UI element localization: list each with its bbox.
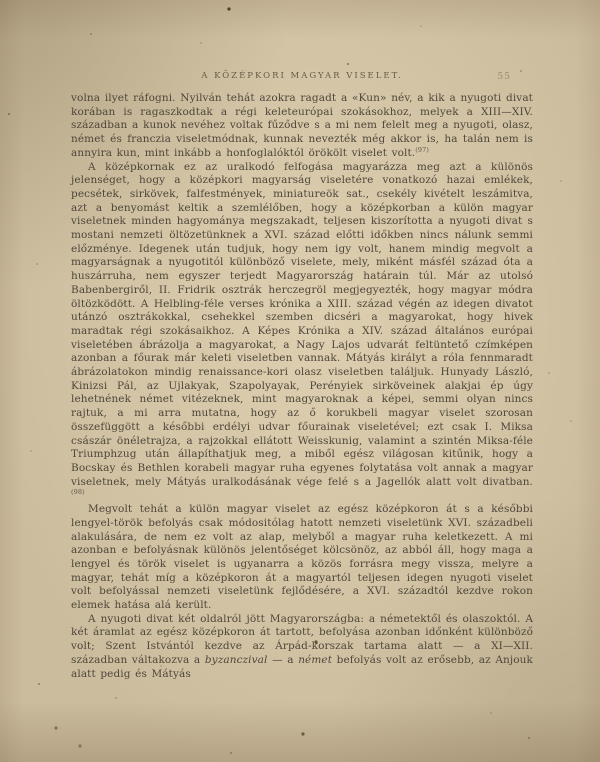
text-run: A középkornak ez az uralkodó felfogása m… (71, 161, 533, 488)
paragraph: A nyugoti divat két oldalról jött Magyar… (71, 613, 533, 682)
page-header: A KÖZÉPKORI MAGYAR VISELET. 55 (71, 71, 533, 85)
paragraph: Megvolt tehát a külön magyar viselet az … (71, 503, 533, 613)
paper-speckles (0, 0, 2, 2)
scanned-page: A KÖZÉPKORI MAGYAR VISELET. 55 volna ily… (0, 0, 600, 762)
page-number: 55 (498, 72, 511, 82)
text-run: német (298, 654, 332, 666)
text-run: Megvolt tehát a külön magyar viselet az … (71, 503, 533, 611)
text-run: volna ilyet ráfogni. Nyilván tehát azokr… (71, 92, 533, 159)
paragraph: volna ilyet ráfogni. Nyilván tehát azokr… (71, 92, 533, 161)
body-text: volna ilyet ráfogni. Nyilván tehát azokr… (71, 92, 533, 681)
paragraph: A középkornak ez az uralkodó felfogása m… (71, 161, 533, 504)
text-run: — a (268, 654, 299, 666)
footnote-marker: (97) (415, 146, 429, 154)
text-run: byzanczival (205, 654, 268, 666)
footnote-marker: (98) (71, 488, 85, 496)
running-header-title: A KÖZÉPKORI MAGYAR VISELET. (71, 71, 533, 81)
